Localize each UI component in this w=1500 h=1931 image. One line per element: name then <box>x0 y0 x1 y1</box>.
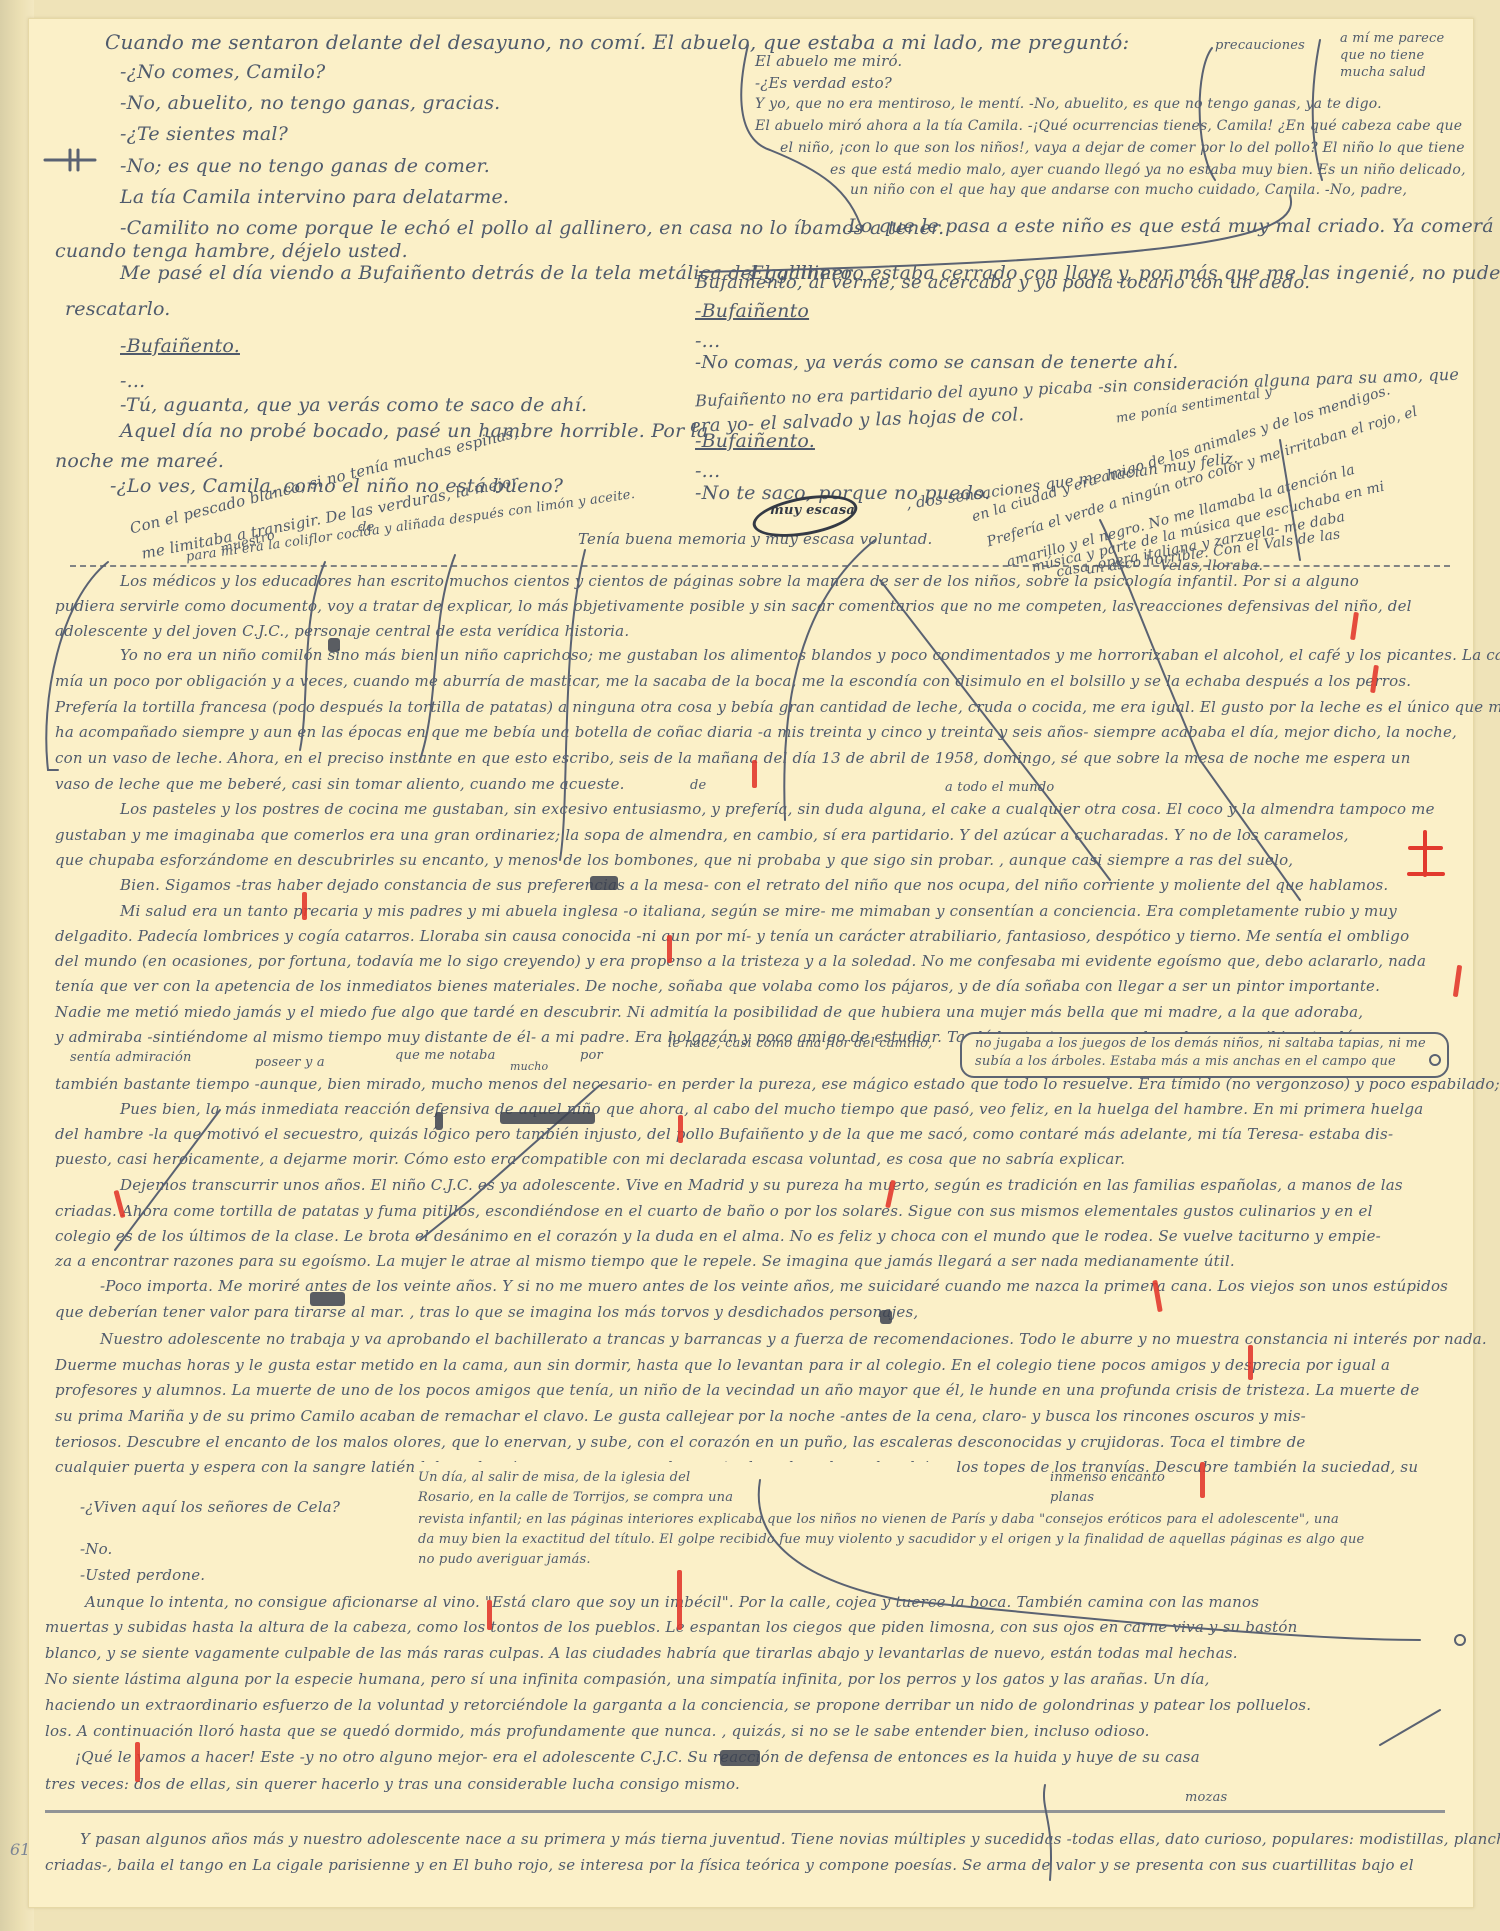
red-correction-mark <box>135 1742 140 1782</box>
text-line: Pues bien, la más inmediata reacción def… <box>120 1100 1423 1118</box>
red-paragraph-mark-icon <box>1405 830 1445 880</box>
text-line: Los médicos y los educadores han escrito… <box>120 572 1359 590</box>
text-line: no pudo averiguar jamás. <box>418 1552 591 1567</box>
text-line: -... <box>695 330 720 352</box>
red-correction-mark <box>487 1600 492 1630</box>
text-line: adolescente y del joven C.J.C., personaj… <box>55 622 629 640</box>
insertion-word: poseer y a <box>255 1055 325 1070</box>
text-line: -¿No comes, Camilo? <box>120 61 325 83</box>
text-line: -Camilito no come porque le echó el poll… <box>120 217 944 239</box>
text-line: -Bufaiñento. <box>120 335 240 357</box>
ink-blot <box>880 1310 892 1324</box>
text-line: del hambre -la que motivó el secuestro, … <box>55 1125 1393 1143</box>
red-correction-mark <box>677 1570 682 1630</box>
red-correction-mark <box>667 935 672 963</box>
text-line: el niño, ¡con lo que son los niños!, vay… <box>780 140 1465 156</box>
text-line: -No. <box>80 1540 113 1558</box>
insertion-word: que me notaba <box>395 1048 496 1063</box>
insertion-word: mucho <box>510 1060 548 1073</box>
text-line: haciendo un extraordinario esfuerzo de l… <box>45 1696 1311 1714</box>
text-line: un niño con el que hay que andarse con m… <box>850 182 1407 198</box>
text-line: Y yo, que no era mentiroso, le mentí. -N… <box>755 96 1382 112</box>
text-line: Los pasteles y los postres de cocina me … <box>120 800 1435 818</box>
text-line: Dejemos transcurrir unos años. El niño C… <box>120 1176 1403 1194</box>
text-line: -No; es que no tengo ganas de comer. <box>120 155 490 177</box>
text-line: Cuando me sentaron delante del desayuno,… <box>105 30 1129 54</box>
strikethrough-blot <box>720 1750 760 1766</box>
text-line: los. A continuación lloró hasta que se q… <box>45 1722 1150 1740</box>
text-line: El abuelo miró ahora a la tía Camila. -¡… <box>755 118 1462 134</box>
ink-blot <box>435 1112 443 1130</box>
text-line: Aunque lo intenta, no consigue aficionar… <box>85 1593 1259 1611</box>
text-line: -Poco importa. Me moriré antes de los ve… <box>100 1277 1448 1295</box>
text-line: subía a los árboles. Estaba más a mis an… <box>975 1054 1396 1069</box>
text-line: da muy bien la exactitud del título. El … <box>418 1532 1364 1547</box>
text-line: -No comas, ya verás como se cansan de te… <box>695 352 1178 373</box>
text-line: tenía que ver con la apetencia de los in… <box>55 977 1380 995</box>
text-line: puesto, casi heroicamente, a dejarme mor… <box>55 1150 1125 1168</box>
insertion-word: le nace, casi como una flor del camino, <box>668 1036 932 1051</box>
text-line: Bien. Sigamos -tras haber dejado constan… <box>120 876 1388 894</box>
text-line: Bufaiñento, al verme, se acercaba y yo p… <box>695 272 1310 293</box>
text-line: del mundo (en ocasiones, por fortuna, to… <box>55 952 1426 970</box>
text-line: Duerme muchas horas y le gusta estar met… <box>55 1356 1390 1374</box>
insertion-word: de <box>358 520 374 535</box>
text-line: -¿Es verdad esto? <box>755 74 892 92</box>
margin-note: precauciones <box>1215 38 1305 53</box>
text-line: -... <box>695 460 720 482</box>
text-line: Un día, al salir de misa, de la iglesia … <box>418 1470 690 1485</box>
red-correction-mark <box>1248 1345 1253 1380</box>
text-line: blanco, y se siente vagamente culpable d… <box>45 1644 1238 1662</box>
text-line: La tía Camila intervino para delatarme. <box>120 186 509 208</box>
text-line: Tenía buena memoria y muy escasa volunta… <box>578 530 933 548</box>
insertion-word: planas <box>1050 1490 1094 1505</box>
text-line: -¿Viven aquí los señores de Cela? <box>80 1498 340 1516</box>
text-line: Rosario, en la calle de Torrijos, se com… <box>418 1490 733 1505</box>
insertion-word: a todo el mundo <box>945 780 1054 795</box>
text-line: delgadito. Padecía lombrices y cogía cat… <box>55 927 1409 945</box>
text-line: con un vaso de leche. Ahora, en el preci… <box>55 749 1411 767</box>
text-line: No siente lástima alguna por la especie … <box>45 1670 1210 1688</box>
insertion-word: inmenso encanto <box>1050 1470 1165 1485</box>
page-number: 61 <box>10 1840 30 1859</box>
text-line: Mi salud era un tanto precaria y mis pad… <box>120 902 1397 920</box>
text-line: muertas y subidas hasta la altura de la … <box>45 1618 1297 1636</box>
insertion-word: por <box>580 1048 603 1063</box>
ink-blot <box>328 638 340 652</box>
text-line: -... <box>120 370 145 392</box>
text-line: sentía admiración <box>70 1050 192 1065</box>
text-line: ¡Qué le vamos a hacer! Este -y no otro a… <box>75 1748 1200 1766</box>
text-line: no jugaba a los juegos de los demás niño… <box>975 1036 1426 1051</box>
text-line: -Bufaiñento <box>695 300 809 322</box>
insertion-word: de <box>690 778 706 793</box>
text-line: El abuelo me miró. <box>755 52 902 70</box>
text-line: Prefería la tortilla francesa (poco desp… <box>55 698 1500 716</box>
text-line: rescatarlo. <box>65 298 171 320</box>
text-line: Y pasan algunos años más y nuestro adole… <box>80 1830 1500 1848</box>
text-line: mía un poco por obligación y a veces, cu… <box>55 672 1411 690</box>
text-line: profesores y alumnos. La muerte de uno d… <box>55 1381 1419 1399</box>
text-line: criadas. Ahora come tortilla de patatas … <box>55 1202 1373 1220</box>
text-line: Nuestro adolescente no trabaja y va apro… <box>100 1330 1487 1348</box>
text-line: Aquel día no probé bocado, pasé un hambr… <box>120 420 708 442</box>
text-line: colegio es de los últimos de la clase. L… <box>55 1227 1381 1245</box>
section-divider <box>45 1810 1445 1813</box>
text-line: -No, abuelito, no tengo ganas, gracias. <box>120 92 500 114</box>
circled-word: muy escasa <box>770 503 855 518</box>
text-line: za a encontrar razones para su egoísmo. … <box>55 1252 1235 1270</box>
text-line: gustaban y me imaginaba que comerlos era… <box>55 826 1349 844</box>
section-divider <box>70 565 1450 567</box>
red-correction-mark <box>678 1115 683 1143</box>
text-line: su prima Mariña y de su primo Camilo aca… <box>55 1407 1306 1425</box>
text-line: cuando tenga hambre, déjelo usted. <box>55 240 408 262</box>
ink-blot <box>590 876 618 890</box>
text-line: Nadie me metió miedo jamás y el miedo fu… <box>55 1003 1363 1021</box>
margin-note: mozas <box>1185 1790 1227 1805</box>
text-line: es que está medio malo, ayer cuando lleg… <box>830 162 1466 178</box>
text-line: ha acompañado siempre y aun en las época… <box>55 723 1457 741</box>
red-correction-mark <box>1200 1462 1205 1498</box>
margin-note: a mí me parece que no tiene mucha salud <box>1340 30 1450 81</box>
text-line: teriosos. Descubre el encanto de los mal… <box>55 1433 1305 1451</box>
text-line: que deberían tener valor para tirarse al… <box>55 1303 918 1321</box>
text-line: revista infantil; en las páginas interio… <box>418 1512 1339 1527</box>
text-line: -Usted perdone. <box>80 1566 205 1584</box>
text-line: tres veces: dos de ellas, sin querer hac… <box>45 1775 740 1793</box>
strikethrough-blot <box>500 1112 595 1124</box>
red-correction-mark <box>752 760 757 788</box>
text-line: -¿Te sientes mal? <box>120 123 288 145</box>
text-line: Yo no era un niño comilón sino más bien … <box>120 646 1500 664</box>
text-line: Lo que le pasa a este niño es que está m… <box>848 215 1494 237</box>
text-line: -Tú, aguanta, que ya verás como te saco … <box>120 394 587 416</box>
ink-blot <box>310 1292 345 1306</box>
text-line: -Bufaiñento. <box>695 430 815 452</box>
text-line: vaso de leche que me beberé, casi sin to… <box>55 775 625 793</box>
text-line: que chupaba esforzándome en descubrirles… <box>55 851 1293 869</box>
red-correction-mark <box>302 892 307 920</box>
text-line: noche me mareé. <box>55 450 224 472</box>
text-line: pudiera servirle como documento, voy a t… <box>55 597 1412 615</box>
text-line: criadas-, baila el tango en La cigale pa… <box>45 1856 1414 1874</box>
